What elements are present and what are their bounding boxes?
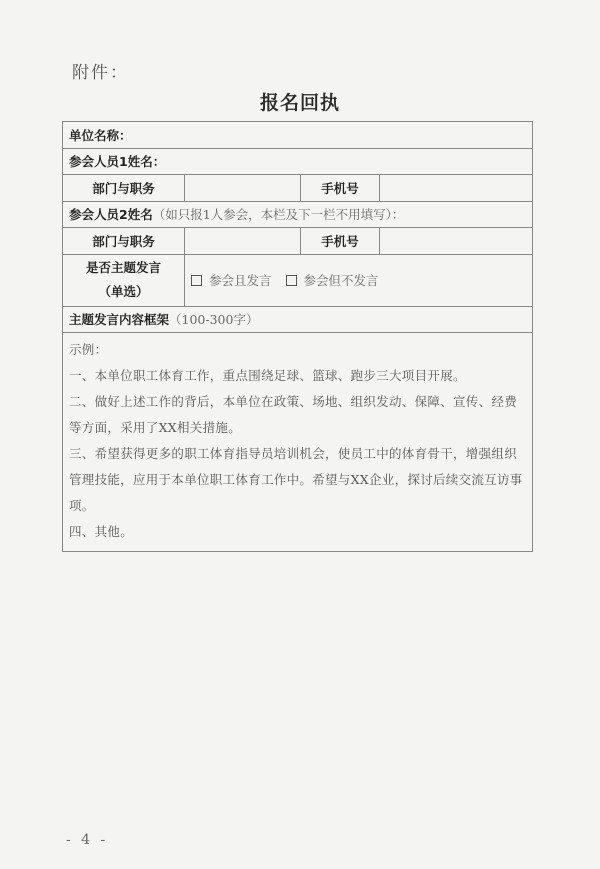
example-item-1: 一、本单位职工体育工作，重点围绕足球、篮球、跑步三大项目开展。 — [69, 363, 526, 389]
speech-label-line1: 是否主题发言 — [86, 256, 161, 280]
attendee2-phone-field[interactable] — [379, 228, 532, 254]
attendee2-name-label: 参会人员2姓名 — [69, 205, 153, 223]
example-item-4: 四、其他。 — [69, 519, 526, 545]
framework-content-field[interactable]: 示例： 一、本单位职工体育工作，重点围绕足球、篮球、跑步三大项目开展。 二、做好… — [63, 333, 532, 551]
unit-name-label: 单位名称： — [69, 126, 132, 144]
page-title: 报名回执 — [0, 88, 600, 115]
speech-choice-row: 是否主题发言 （单选） 参会且发言 参会但不发言 — [63, 255, 532, 307]
attendee1-name-field[interactable]: 参会人员1姓名： — [63, 149, 532, 175]
speech-label-line2: （单选） — [98, 280, 148, 304]
framework-label: 主题发言内容框架 — [69, 310, 169, 328]
attendee2-name-row: 参会人员2姓名 （如只报1人参会，本栏及下一栏不用填写）： — [63, 202, 532, 229]
attendee1-name-label: 参会人员1姓名： — [69, 152, 165, 170]
unit-name-field[interactable]: 单位名称： — [63, 122, 532, 148]
attachment-label: 附件： — [72, 58, 129, 83]
registration-form: 单位名称： 参会人员1姓名： 部门与职务 手机号 参会人员2姓名 （如只报1人参… — [62, 121, 533, 552]
attendee2-name-field[interactable]: 参会人员2姓名 （如只报1人参会，本栏及下一栏不用填写）： — [63, 202, 532, 228]
attendee1-phone-label: 手机号 — [300, 175, 379, 201]
option-attend-and-speak[interactable]: 参会且发言 — [191, 271, 272, 289]
attendee1-dept-label: 部门与职务 — [63, 175, 184, 201]
speech-choice-label: 是否主题发言 （单选） — [63, 255, 184, 306]
page-number: - 4 - — [66, 832, 108, 848]
attendee1-dept-field[interactable] — [184, 175, 300, 201]
attendee2-name-note: （如只报1人参会，本栏及下一栏不用填写）： — [153, 205, 405, 223]
checkbox-icon[interactable] — [191, 275, 202, 286]
attendee2-dept-label: 部门与职务 — [63, 228, 184, 254]
unit-name-row: 单位名称： — [63, 122, 532, 149]
attendee2-phone-label: 手机号 — [300, 228, 379, 254]
attendee1-name-row: 参会人员1姓名： — [63, 149, 532, 176]
attendee2-dept-field[interactable] — [184, 228, 300, 254]
framework-content-row: 示例： 一、本单位职工体育工作，重点围绕足球、篮球、跑步三大项目开展。 二、做好… — [63, 333, 532, 551]
attendee2-details-row: 部门与职务 手机号 — [63, 228, 532, 255]
example-item-2: 二、做好上述工作的背后，本单位在政策、场地、组织发动、保障、宣传、经费等方面，采… — [69, 389, 526, 441]
option-attend-no-speak[interactable]: 参会但不发言 — [286, 271, 379, 289]
framework-header: 主题发言内容框架 （100-300字） — [63, 307, 532, 333]
framework-header-row: 主题发言内容框架 （100-300字） — [63, 307, 532, 334]
framework-note: （100-300字） — [169, 310, 258, 328]
example-heading: 示例： — [69, 337, 526, 363]
checkbox-icon[interactable] — [286, 275, 297, 286]
speech-options: 参会且发言 参会但不发言 — [184, 255, 532, 306]
attendee1-phone-field[interactable] — [379, 175, 532, 201]
attendee1-details-row: 部门与职务 手机号 — [63, 175, 532, 202]
example-item-3: 三、希望获得更多的职工体育指导员培训机会，使员工中的体育骨干，增强组织管理技能，… — [69, 441, 526, 519]
option-label: 参会且发言 — [209, 273, 272, 288]
option-label: 参会但不发言 — [304, 273, 379, 288]
